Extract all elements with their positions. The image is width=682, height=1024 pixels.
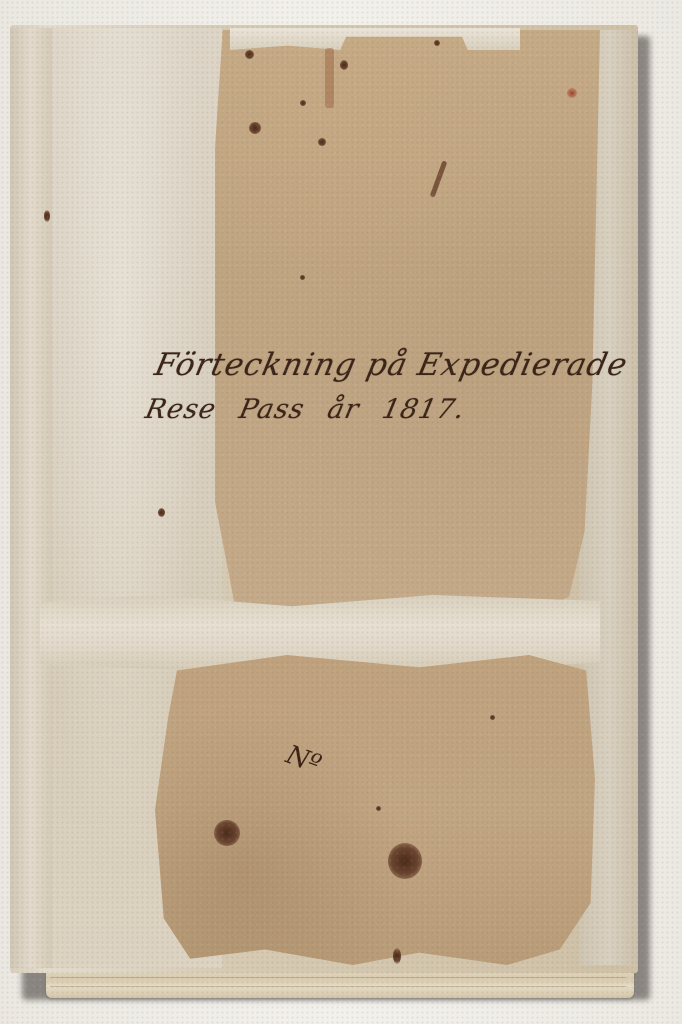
title-line-1: Förteckning på Expedierade (151, 345, 610, 385)
ink-spot (318, 138, 326, 146)
spine-tissue-strip (10, 28, 53, 968)
cover-title-handwriting: Förteckning på Expedierade Rese Pass år … (140, 345, 609, 435)
red-stain (567, 88, 577, 98)
ink-spot (249, 122, 261, 134)
title-line-2: Rese Pass år 1817. (140, 385, 601, 435)
lower-paper-panel (155, 655, 595, 965)
ink-spot (158, 508, 165, 517)
ink-spot (245, 50, 254, 59)
ink-spot (300, 275, 305, 280)
ink-spot (393, 948, 401, 964)
stain-streak (325, 48, 334, 108)
large-stain (388, 843, 422, 879)
ink-spot (300, 100, 306, 106)
upper-paper-panel (215, 30, 600, 620)
ink-spot (434, 40, 440, 46)
large-stain (214, 820, 240, 846)
ink-spot (340, 60, 348, 70)
ink-spot (490, 715, 495, 720)
ink-spot (44, 210, 50, 222)
ink-spot (376, 806, 381, 811)
